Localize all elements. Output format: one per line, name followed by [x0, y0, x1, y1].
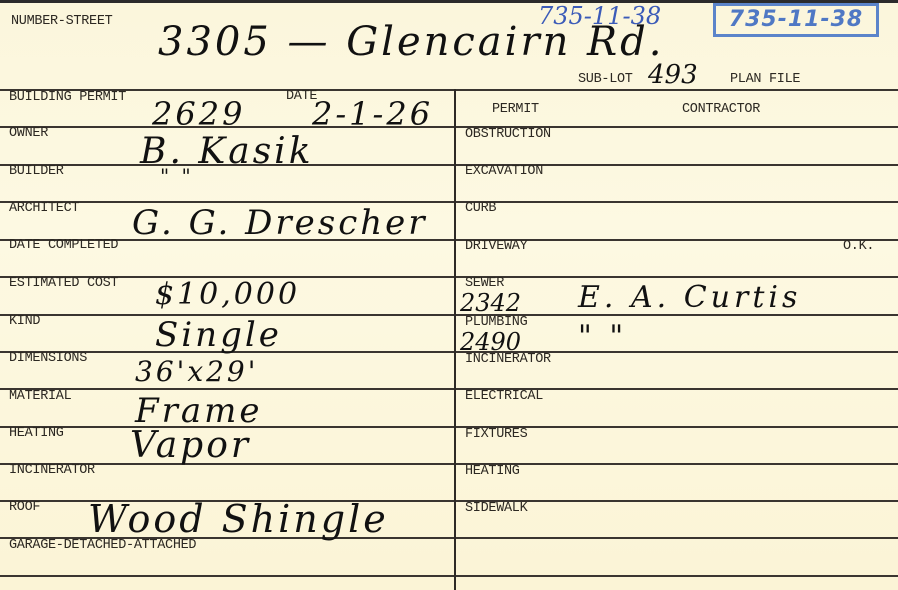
column-divider	[454, 89, 456, 590]
field-label-kind: KIND	[9, 315, 40, 329]
ruled-line	[0, 388, 898, 390]
permit-label-electrical: ELECTRICAL	[465, 390, 543, 404]
sub-lot-label: SUB-LOT	[578, 73, 633, 87]
permit-label-driveway: DRIVEWAY	[465, 240, 527, 254]
stamp-code: 735-11-38	[713, 3, 879, 37]
permit-label-fixtures: FIXTURES	[465, 428, 527, 442]
ruled-line	[0, 351, 898, 353]
field-label-garage-detached-attached: GARAGE-DETACHED-ATTACHED	[9, 539, 196, 553]
number-street-label: NUMBER-STREET	[11, 15, 112, 29]
permit-label-excavation: EXCAVATION	[465, 165, 543, 179]
permit-contractor-plumbing: " "	[578, 322, 627, 352]
ruled-line	[0, 575, 898, 577]
sub-lot-value: 493	[648, 62, 698, 88]
field-value-architect: G. G. Drescher	[132, 206, 428, 240]
permit-label-incinerator: INCINERATOR	[465, 353, 551, 367]
field-value-roof: Wood Shingle	[88, 500, 389, 538]
date-value: 2-1-26	[312, 98, 433, 130]
field-label-architect: ARCHITECT	[9, 202, 79, 216]
field-label-heating: HEATING	[9, 427, 64, 441]
field-value-builder: " "	[160, 166, 194, 186]
field-value-dimensions: 36'x29'	[135, 358, 258, 386]
field-value-heating: Vapor	[130, 428, 251, 464]
permit-header: PERMIT	[492, 103, 539, 117]
date-label: DATE	[286, 90, 317, 104]
ruled-line	[0, 89, 898, 91]
plan-file-label: PLAN FILE	[730, 73, 800, 87]
field-label-roof: ROOF	[9, 501, 40, 515]
contractor-header: CONTRACTOR	[682, 103, 760, 117]
field-label-building-permit: BUILDING PERMIT	[9, 91, 126, 105]
permit-number-plumbing: 2490	[460, 330, 521, 354]
field-label-date-completed: DATE COMPLETED	[9, 239, 118, 253]
field-value-material: Frame	[135, 394, 262, 428]
permit-contractor-sewer: E. A. Curtis	[578, 283, 801, 313]
ruled-line	[0, 164, 898, 166]
permit-label-obstruction: OBSTRUCTION	[465, 128, 551, 142]
field-label-owner: OWNER	[9, 127, 48, 141]
ruled-line	[0, 126, 898, 128]
field-label-incinerator: INCINERATOR	[9, 464, 95, 478]
field-label-material: MATERIAL	[9, 390, 71, 404]
field-label-dimensions: DIMENSIONS	[9, 352, 87, 366]
handwritten-code: 735-11-38	[538, 4, 661, 28]
field-value-estimated-cost: $10,000	[155, 280, 300, 310]
building-permit-card: NUMBER-STREET 3305 — Glencairn Rd. 735-1…	[0, 0, 898, 590]
field-label-builder: BUILDER	[9, 165, 64, 179]
field-value-kind: Single	[155, 318, 282, 352]
permit-note-driveway: O.K.	[843, 240, 874, 254]
permit-number-sewer: 2342	[460, 291, 521, 315]
permit-label-curb: CURB	[465, 202, 496, 216]
field-label-estimated-cost: ESTIMATED COST	[9, 277, 118, 291]
ruled-line	[0, 276, 898, 278]
permit-label-heating: HEATING	[465, 465, 520, 479]
field-value-building-permit: 2629	[152, 98, 245, 130]
permit-label-sidewalk: SIDEWALK	[465, 502, 527, 516]
